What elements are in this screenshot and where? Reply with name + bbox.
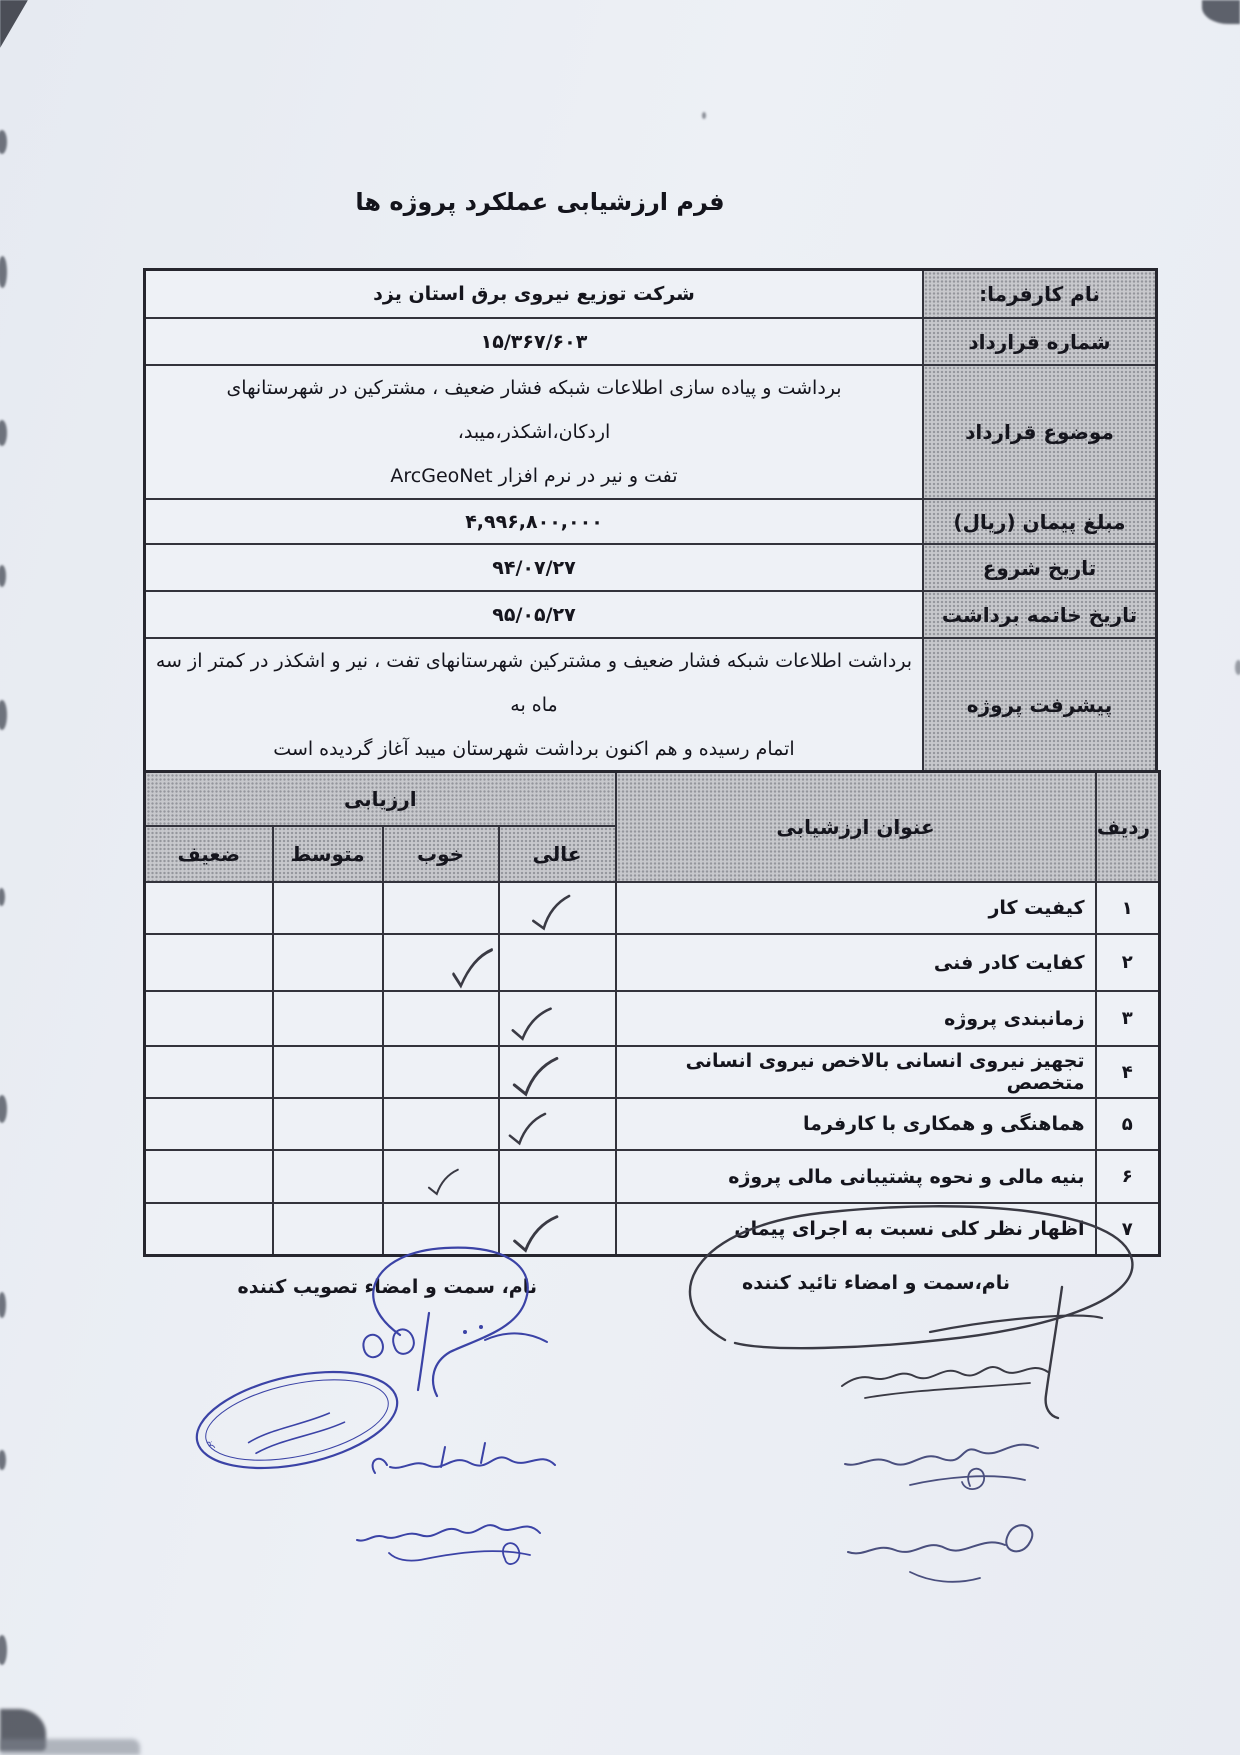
rating-weak-header: ضعیف — [145, 826, 273, 882]
scan-artifact — [0, 420, 7, 446]
employer-name-value: شرکت توزیع نیروی برق استان یزد — [145, 270, 924, 319]
rating-cell — [145, 1203, 273, 1256]
employer-name-label: نام کارفرما: — [923, 270, 1157, 319]
evaluation-table: ردیف عنوان ارزشیابی ارزیابی عالی خوب متو… — [143, 770, 1161, 1257]
evaluation-row: ۲ کفایت کادر فنی — [145, 934, 1160, 991]
rating-cell — [383, 1203, 499, 1256]
table-row: شماره قرارداد ۱۵/۳۶۷/۶۰۳ — [145, 318, 1157, 365]
rating-cell — [273, 1203, 383, 1256]
rating-cell — [273, 934, 383, 991]
rating-cell — [383, 1046, 499, 1098]
rating-cell — [273, 1098, 383, 1150]
handwritten-checkmark-icon — [509, 1213, 562, 1257]
scan-artifact — [0, 1095, 7, 1123]
rating-cell — [499, 1098, 616, 1150]
table-row: موضوع قرارداد برداشت و پیاده سازی اطلاعا… — [145, 365, 1157, 499]
evaluation-row: ۶ بنیه مالی و نحوه پشتیبانی مالی پروژه — [145, 1150, 1160, 1203]
rating-cell — [383, 991, 499, 1046]
rating-cell — [499, 882, 616, 934]
table-row: تاریخ خاتمه برداشت ۹۵/۰۵/۲۷ — [145, 591, 1157, 638]
contract-number-value: ۱۵/۳۶۷/۶۰۳ — [145, 318, 924, 365]
rating-cell — [145, 1150, 273, 1203]
scanned-evaluation-form-page: فرم ارزشیابی عملکرد پروژه ها نام کارفرما… — [0, 0, 1240, 1755]
evaluation-row: ۷ اظهار نظر کلی نسبت به اجرای پیمان — [145, 1203, 1160, 1256]
approver-pen-strokes — [363, 1248, 547, 1396]
scan-artifact — [1202, 0, 1240, 24]
project-progress-value: برداشت اطلاعات شبکه فشار ضعیف و مشترکین … — [145, 638, 924, 773]
scan-artifact — [0, 1739, 140, 1755]
contract-amount-label: مبلغ پیمان (ریال) — [923, 499, 1157, 544]
rating-group-header: ارزیابی — [145, 772, 616, 827]
handwritten-checkmark-icon — [446, 941, 496, 996]
stamp-text: برنامه ریزی ،بودجه و اطلاعات مدیریت — [145, 1254, 217, 1466]
page-title: فرم ارزشیابی عملکرد پروژه ها — [0, 188, 1080, 216]
table-row: مبلغ پیمان (ریال) ۴,۹۹۶,۸۰۰,۰۰۰ — [145, 499, 1157, 544]
rating-checkmark — [509, 1213, 562, 1257]
scan-artifact — [0, 888, 5, 906]
scan-artifact — [0, 0, 28, 48]
rating-cell — [273, 991, 383, 1046]
rating-cell — [383, 934, 499, 991]
rating-cell — [383, 1150, 499, 1203]
rating-cell — [273, 1046, 383, 1098]
evaluation-row: ۵ هماهنگی و همکاری با کارفرما — [145, 1098, 1160, 1150]
approver-signature-label: نام، سمت و امضاء تصویب کننده — [238, 1276, 537, 1298]
evaluation-row: ۳ زمانبندی پروژه — [145, 991, 1160, 1046]
rating-cell — [145, 934, 273, 991]
end-date-value: ۹۵/۰۵/۲۷ — [145, 591, 924, 638]
table-row: پیشرفت پروژه برداشت اطلاعات شبکه فشار ضع… — [145, 638, 1157, 773]
scan-artifact — [0, 256, 7, 288]
handwritten-checkmark-icon — [507, 1005, 554, 1045]
scan-artifact — [702, 112, 706, 119]
table-header-row: ردیف عنوان ارزشیابی ارزیابی — [145, 772, 1160, 827]
rating-cell — [273, 1150, 383, 1203]
rating-cell — [499, 1203, 616, 1256]
evaluation-row: ۱ کیفیت کار — [145, 882, 1160, 934]
scan-artifact — [0, 700, 7, 730]
rating-cell — [383, 1098, 499, 1150]
contract-amount-value: ۴,۹۹۶,۸۰۰,۰۰۰ — [145, 499, 924, 544]
rating-cell — [145, 882, 273, 934]
evaluation-title-header: عنوان ارزشیابی — [616, 772, 1096, 883]
rating-checkmark — [425, 1168, 461, 1198]
evaluation-row: ۴ تجهیز نیروی انسانی بالاخص نیروی انسانی… — [145, 1046, 1160, 1098]
handwritten-checkmark-icon — [509, 1056, 562, 1100]
rating-average-header: متوسط — [273, 826, 383, 882]
rating-cell — [145, 1046, 273, 1098]
contract-info-table: نام کارفرما: شرکت توزیع نیروی برق استان … — [143, 268, 1158, 774]
row-number-header: ردیف — [1096, 772, 1160, 883]
end-date-label: تاریخ خاتمه برداشت — [923, 591, 1157, 638]
rating-checkmark — [507, 1005, 554, 1045]
contract-subject-label: موضوع قرارداد — [923, 365, 1157, 499]
handwritten-checkmark-icon — [425, 1168, 461, 1198]
scan-artifact — [0, 1292, 6, 1318]
contract-subject-value: برداشت و پیاده سازی اطلاعات شبکه فشار ضع… — [145, 365, 924, 499]
handwritten-checkmark-icon — [527, 894, 575, 934]
table-row: تاریخ شروع ۹۴/۰۷/۲۷ — [145, 544, 1157, 591]
start-date-label: تاریخ شروع — [923, 544, 1157, 591]
rating-checkmark — [505, 1112, 549, 1148]
approver-handwriting — [357, 1443, 555, 1564]
scan-artifact — [0, 1450, 6, 1470]
rating-cell — [499, 1046, 616, 1098]
scan-artifact — [0, 1635, 7, 1665]
confirmer-signature-label: نام،سمت و امضاء تائید کننده — [742, 1272, 1010, 1294]
rating-cell — [145, 1098, 273, 1150]
project-progress-label: پیشرفت پروژه — [923, 638, 1157, 773]
rating-excellent-header: عالی — [499, 826, 616, 882]
approver-signature: برنامه ریزی ،بودجه و اطلاعات مدیریت — [145, 1240, 765, 1660]
rating-good-header: خوب — [383, 826, 499, 882]
handwritten-checkmark-icon — [505, 1112, 549, 1148]
rating-checkmark — [446, 941, 496, 996]
rating-cell — [499, 1150, 616, 1203]
table-row: نام کارفرما: شرکت توزیع نیروی برق استان … — [145, 270, 1157, 319]
scan-artifact — [0, 565, 6, 587]
rating-cell — [273, 882, 383, 934]
scan-artifact — [0, 130, 7, 154]
contract-number-label: شماره قرارداد — [923, 318, 1157, 365]
rating-cell — [499, 934, 616, 991]
rating-cell — [499, 991, 616, 1046]
rating-checkmark — [509, 1056, 562, 1100]
start-date-value: ۹۴/۰۷/۲۷ — [145, 544, 924, 591]
rating-cell — [383, 882, 499, 934]
rating-cell — [145, 991, 273, 1046]
rating-checkmark — [527, 894, 575, 934]
scan-artifact — [1235, 660, 1240, 675]
